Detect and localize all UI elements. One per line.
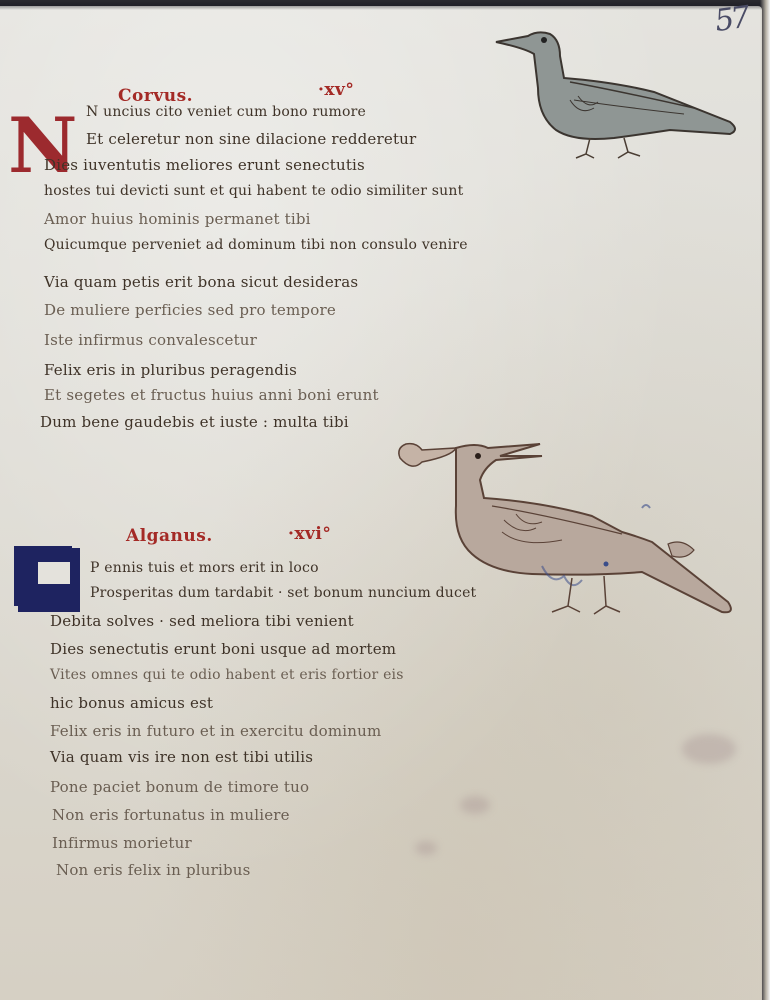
text-line: Vites omnes qui te odio habent et eris f… bbox=[50, 667, 404, 683]
page-right-edge bbox=[760, 0, 770, 1000]
stain bbox=[415, 841, 437, 855]
text-line: Et segetes et fructus huius anni boni er… bbox=[44, 386, 379, 404]
text-line: Non eris felix in pluribus bbox=[56, 861, 251, 879]
text-line: Amor huius hominis permanet tibi bbox=[44, 210, 311, 228]
decorated-initial-p: P bbox=[18, 548, 80, 612]
page-top-edge bbox=[0, 0, 770, 10]
stain bbox=[682, 734, 736, 764]
text-line: N uncius cito veniet cum bono rumore bbox=[86, 104, 366, 120]
text-line: Non eris fortunatus in muliere bbox=[52, 806, 290, 824]
text-line: Dum bene gaudebis et iuste : multa tibi bbox=[40, 413, 349, 431]
text-line: Felix eris in futuro et in exercitu domi… bbox=[50, 722, 381, 740]
text-line: De muliere perficies sed pro tempore bbox=[44, 301, 336, 319]
text-line: Debita solves · sed meliora tibi venient bbox=[50, 612, 354, 630]
text-line: Et celeretur non sine dilacione redderet… bbox=[86, 130, 416, 148]
text-line: hostes tui devicti sunt et qui habent te… bbox=[44, 183, 463, 199]
text-line: Via quam vis ire non est tibi utilis bbox=[50, 748, 313, 766]
stain bbox=[460, 796, 490, 814]
text-line: hic bonus amicus est bbox=[50, 694, 213, 712]
text-line: Felix eris in pluribus peragendis bbox=[44, 361, 297, 379]
rubric-number: ·xvi° bbox=[288, 524, 331, 544]
rubric-title: Alganus. bbox=[126, 526, 213, 546]
text-line: Dies senectutis erunt boni usque ad mort… bbox=[50, 640, 396, 658]
text-line: P ennis tuis et mors erit in loco bbox=[90, 560, 319, 576]
text-line: Dies iuventutis meliores erunt senectuti… bbox=[44, 156, 365, 174]
text-line: Via quam petis erit bona sicut desideras bbox=[44, 273, 358, 291]
crow-illustration bbox=[494, 26, 744, 166]
text-line: Pone paciet bonum de timore tuo bbox=[50, 778, 309, 796]
rubric-title: Corvus. bbox=[118, 86, 193, 106]
text-line: Quicumque perveniet ad dominum tibi non … bbox=[44, 237, 468, 253]
initial-counter bbox=[38, 562, 70, 584]
text-line: Iste infirmus convalescetur bbox=[44, 331, 257, 349]
text-line: Infirmus morietur bbox=[52, 834, 192, 852]
rubric-number: ·xv° bbox=[318, 80, 354, 100]
crested-bird-illustration bbox=[392, 436, 742, 626]
